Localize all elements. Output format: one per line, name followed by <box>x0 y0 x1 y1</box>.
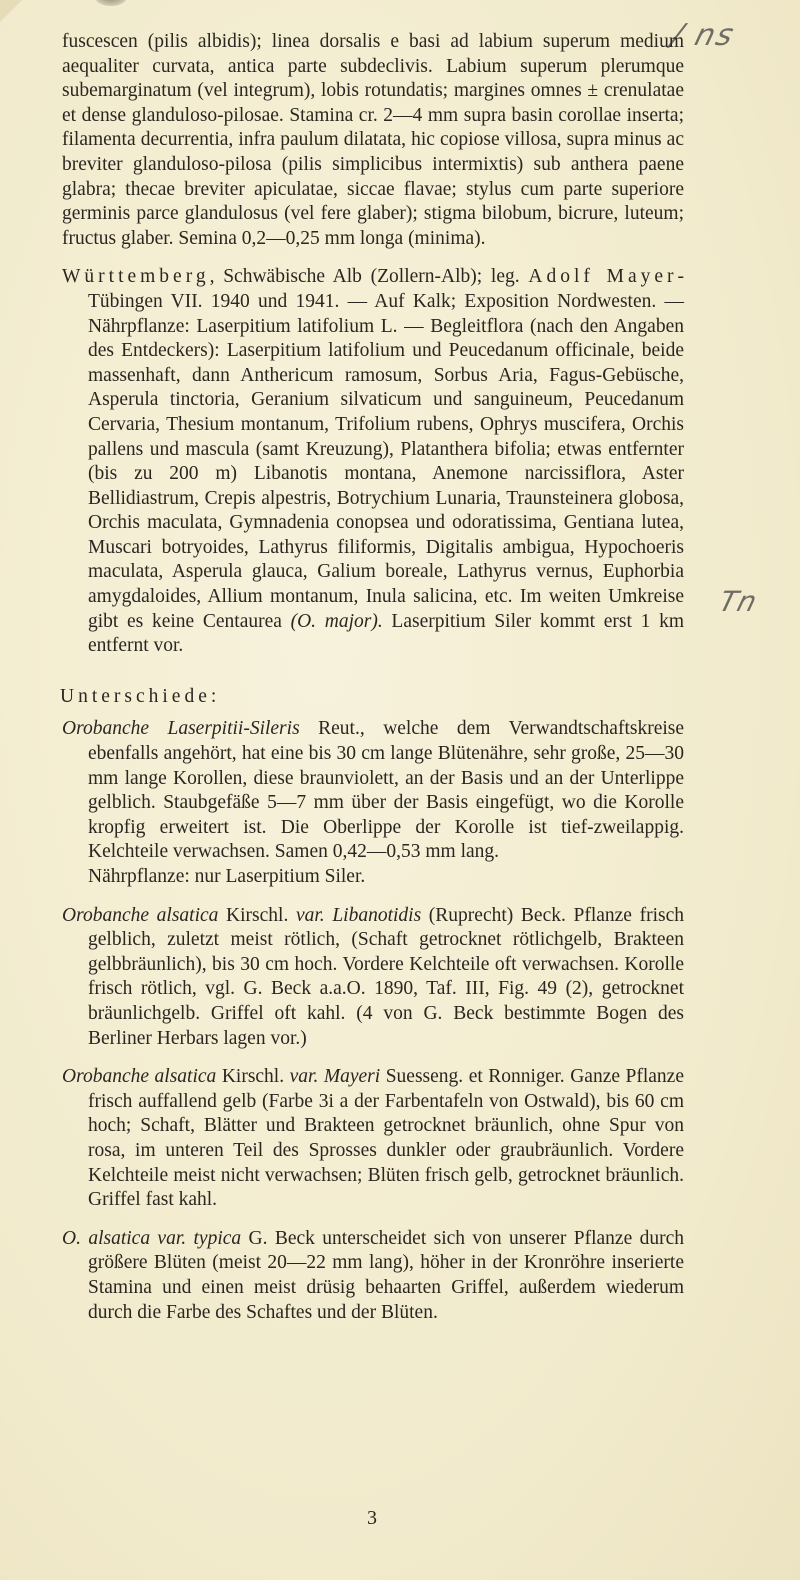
margin-note-middle: Tn <box>716 585 762 618</box>
species-name: Orobanche alsatica <box>62 905 218 926</box>
variety-name: var. Libanotidis <box>296 905 421 926</box>
host-plant-note: Nährpflanze: nur Laserpitium Siler. <box>62 865 684 890</box>
species-name: Orobanche alsatica <box>62 1066 216 1087</box>
difference-entry: Orobanche alsatica Kirschl. var. Libanot… <box>62 904 684 1052</box>
species-text: Reut., welche dem Verwandtschaftskreise … <box>88 718 684 862</box>
locality-text-1: , Schwäbische Alb (Zollern-Alb); leg. <box>210 266 529 287</box>
page-number: 3 <box>62 1507 682 1530</box>
latin-description: fuscescen (pilis albidis); linea dorsali… <box>62 30 684 251</box>
difference-entry: O. alsatica var. typica G. Beck untersch… <box>62 1227 684 1325</box>
species-text: (Ruprecht) Beck. Pflanze frisch gelblich… <box>88 905 684 1049</box>
difference-entry: Orobanche Laserpitii-Sileris Reut., welc… <box>62 717 684 889</box>
binding-shadow <box>95 0 127 6</box>
species-authority: Kirschl. <box>218 905 296 926</box>
locality-region: Württemberg <box>62 266 210 287</box>
page-corner-shadow <box>0 0 22 22</box>
differences-heading: Unterschiede: <box>60 685 684 710</box>
variety-name: var. Mayeri <box>290 1066 381 1087</box>
locality-italic: (O. major). <box>291 611 383 632</box>
species-authority: Kirschl. <box>216 1066 289 1087</box>
species-name: O. alsatica var. typica <box>62 1228 241 1249</box>
species-name: Orobanche Laserpitii-Sileris <box>62 718 300 739</box>
locality-text-2: -Tübingen VII. 1940 und 1941. — Auf Kalk… <box>88 266 684 631</box>
locality-paragraph: Württemberg, Schwäbische Alb (Zollern-Al… <box>62 265 684 659</box>
page-body: fuscescen (pilis albidis); linea dorsali… <box>62 30 684 1339</box>
collector-name: Adolf Mayer <box>528 266 677 287</box>
difference-entry: Orobanche alsatica Kirschl. var. Mayeri … <box>62 1065 684 1213</box>
species-text: Suesseng. et Ronniger. Ganze Pflanze fri… <box>88 1066 684 1210</box>
